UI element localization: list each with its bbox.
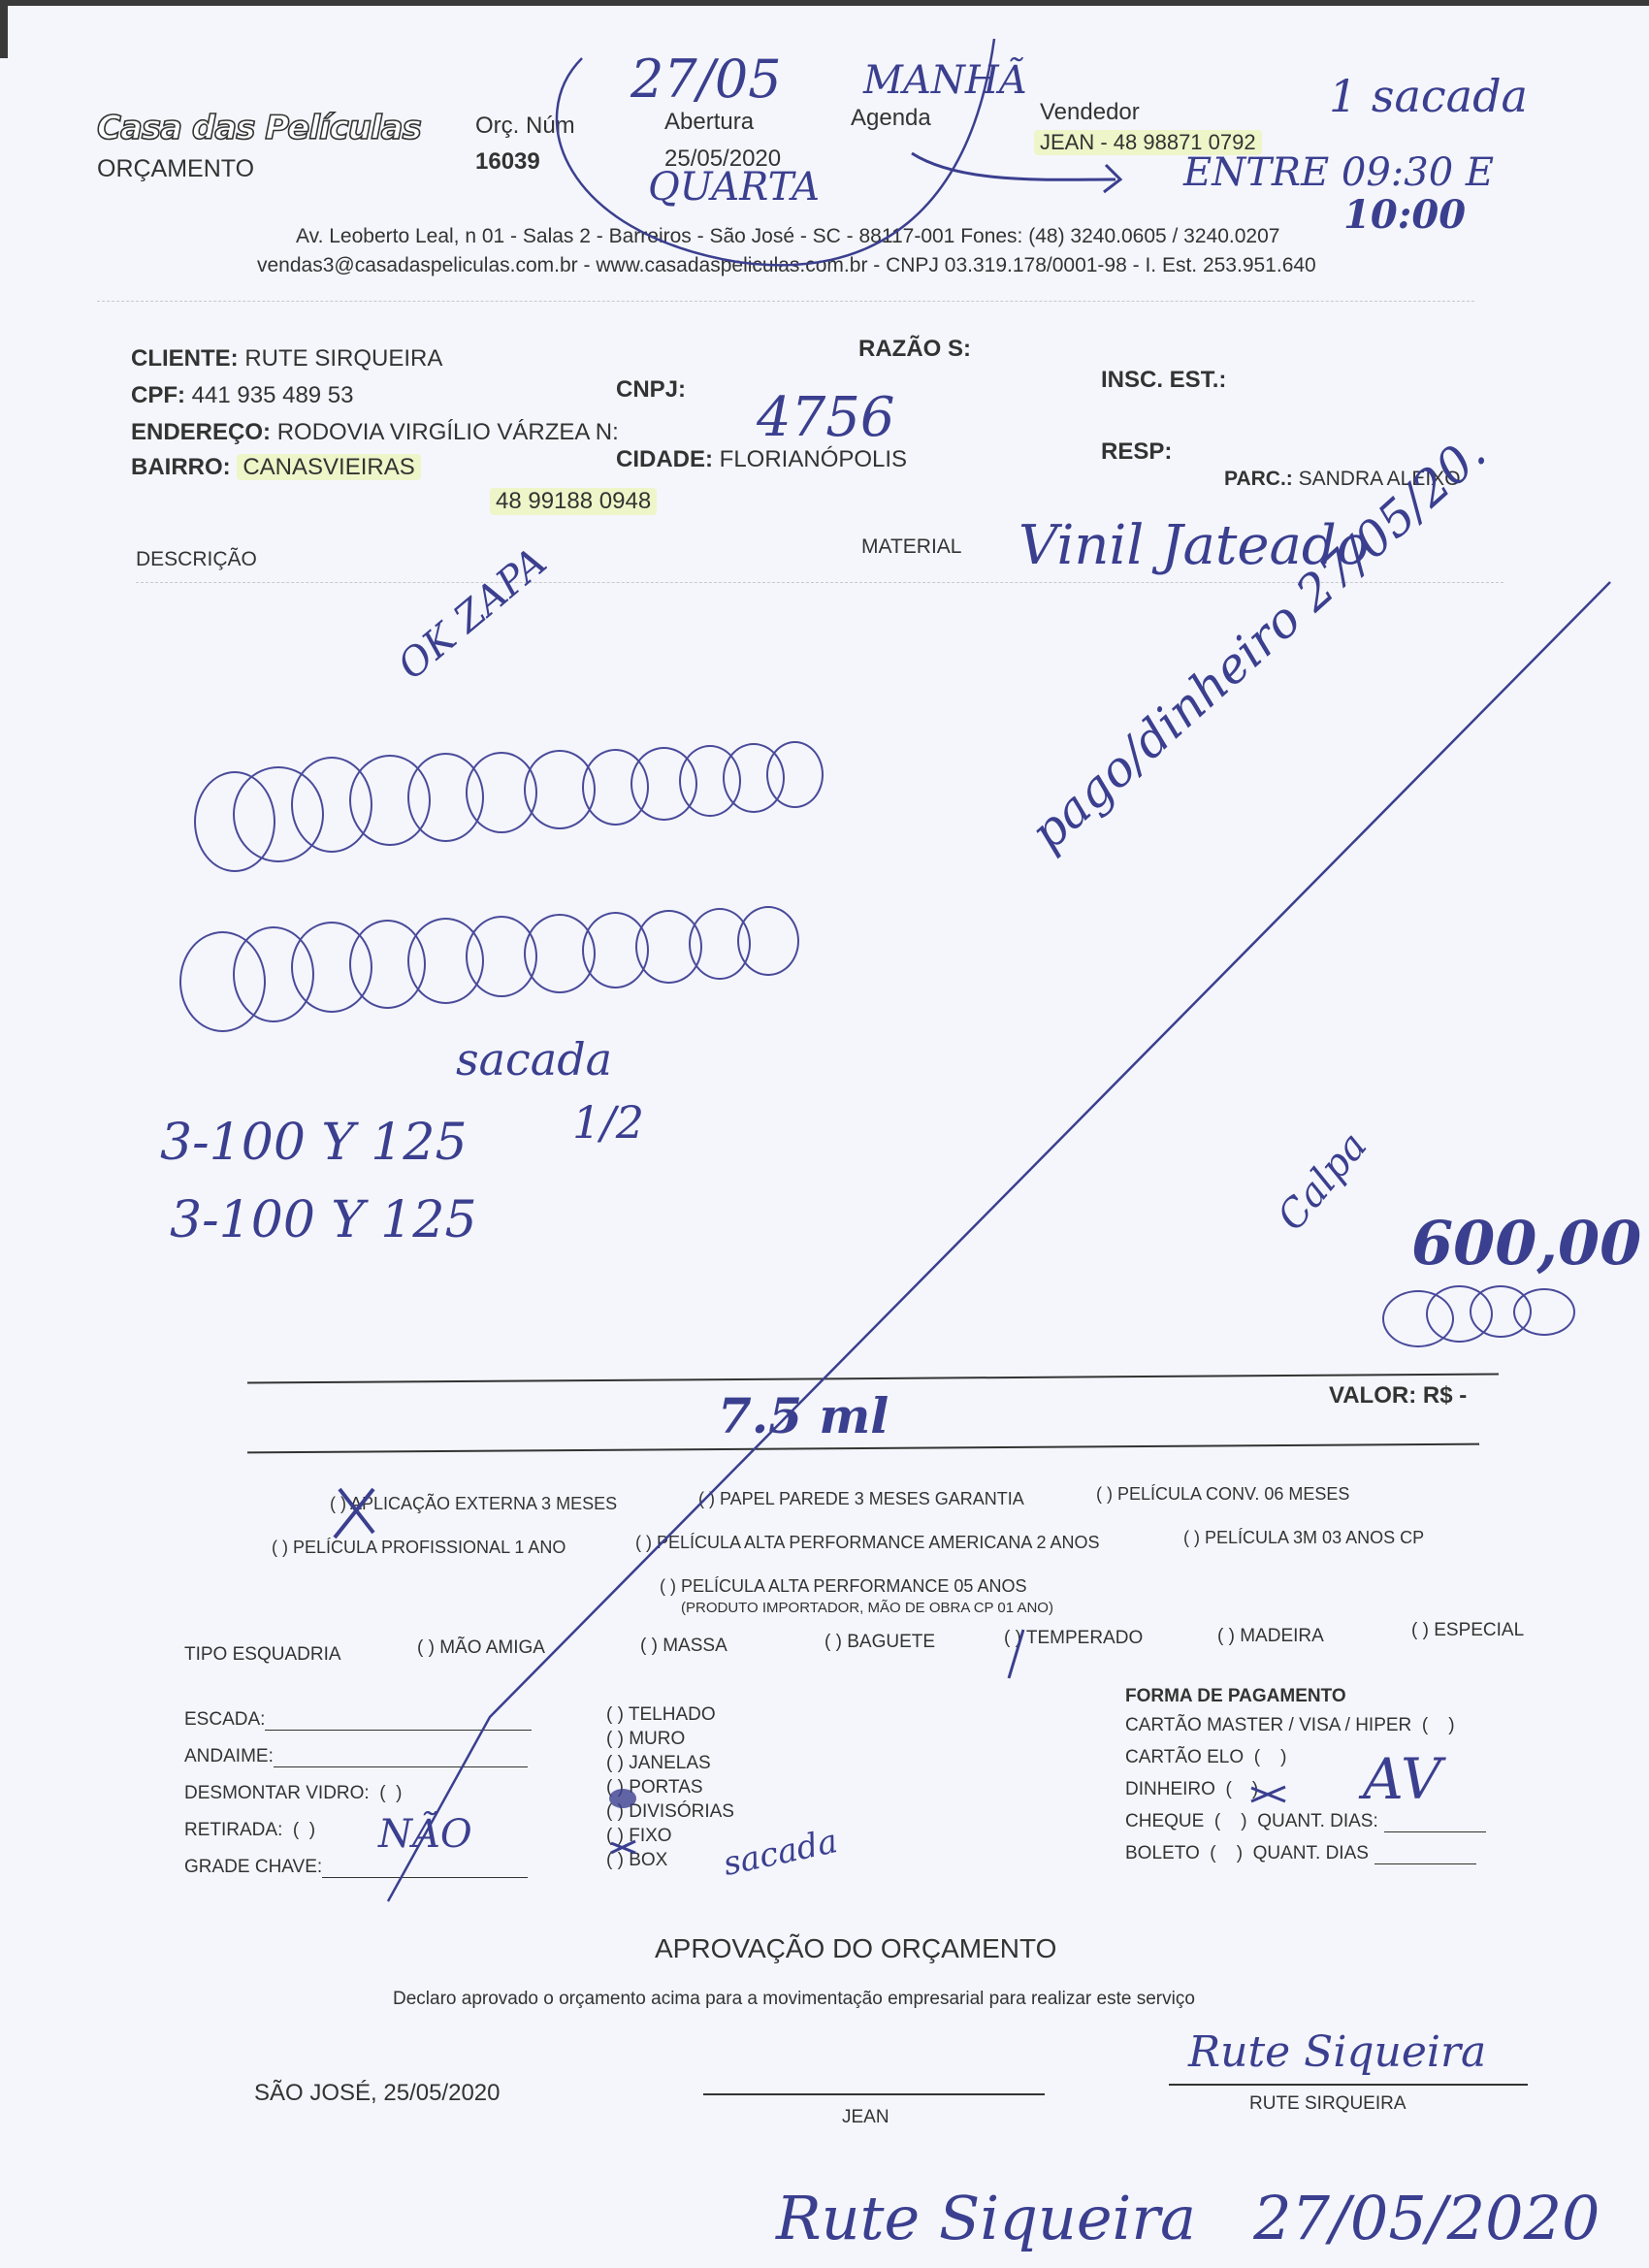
checkbox[interactable]: ( ) [1096, 1484, 1117, 1504]
option-label: DIVISÓRIAS [629, 1801, 734, 1822]
option-label: CHEQUE [1125, 1811, 1204, 1831]
option-label: PELÍCULA CONV. 06 MESES [1117, 1484, 1349, 1504]
location-option[interactable]: ( ) PORTAS [606, 1777, 703, 1798]
service-note: (PRODUTO IMPORTADOR, MÃO DE OBRA CP 01 A… [681, 1600, 1053, 1616]
quant-dias-label: QUANT. DIAS [1253, 1843, 1369, 1863]
location-option[interactable]: ( ) TELHADO [606, 1704, 716, 1726]
option-label: CARTÃO ELO [1125, 1747, 1244, 1767]
service-option[interactable]: ( ) PELÍCULA ALTA PERFORMANCE AMERICANA … [635, 1533, 1099, 1553]
hw-measure: 7.5 ml [718, 1387, 889, 1444]
option-label: TELHADO [629, 1704, 716, 1725]
option-label: FIXO [629, 1826, 671, 1846]
checkbox[interactable]: ( ) [606, 1777, 629, 1798]
option-label: ESPECIAL [1434, 1620, 1524, 1640]
resp-label: RESP: [1101, 438, 1172, 466]
checkbox[interactable]: ( ) [330, 1494, 350, 1513]
seller-signature-line[interactable] [703, 2093, 1045, 2095]
value-line-top [247, 1373, 1499, 1383]
hw-fraction: 1/2 [572, 1096, 644, 1149]
endereco-field: ENDEREÇO: RODOVIA VIRGÍLIO VÁRZEA N: [131, 419, 619, 446]
option-label: PELÍCULA PROFISSIONAL 1 ANO [293, 1538, 566, 1557]
vendedor-label: Vendedor [1040, 99, 1140, 126]
hw-dimension-2: 3-100 Y 125 [170, 1191, 477, 1249]
payment-option[interactable]: CHEQUE ( ) QUANT. DIAS: [1125, 1811, 1486, 1832]
quant-dias-label: QUANT. DIAS: [1257, 1811, 1378, 1831]
cnpj-label: CNPJ: [616, 376, 686, 404]
location-option[interactable]: ( ) FIXO [606, 1826, 672, 1847]
checkbox[interactable]: ( ) [1200, 1843, 1253, 1863]
payment-option[interactable]: BOLETO ( ) QUANT. DIAS [1125, 1843, 1476, 1864]
esquadria-option[interactable]: ( ) TEMPERADO [1004, 1628, 1143, 1649]
valor-label: VALOR: R$ - [1329, 1382, 1467, 1409]
service-option[interactable]: ( ) APLICAÇÃO EXTERNA 3 MESES [330, 1494, 617, 1514]
approval-title: APROVAÇÃO DO ORÇAMENTO [655, 1933, 1056, 1964]
retirada-field[interactable]: RETIRADA: ( ) [184, 1820, 315, 1841]
place-date: SÃO JOSÉ, 25/05/2020 [254, 2080, 501, 2107]
checkbox[interactable]: ( ) [417, 1637, 439, 1658]
checkbox[interactable]: ( ) [698, 1489, 720, 1508]
material-label: MATERIAL [861, 535, 961, 559]
insc-label: INSC. EST.: [1101, 367, 1226, 394]
hw-weekday: QUARTA [648, 165, 820, 210]
checkbox[interactable]: ( ) [1215, 1779, 1269, 1799]
payment-option[interactable]: DINHEIRO ( ) [1125, 1779, 1269, 1800]
client-signature-line[interactable] [1169, 2084, 1528, 2086]
hw-price: 600,00 [1411, 1208, 1641, 1279]
company-address: Av. Leoberto Leal, n 01 - Salas 2 - Barr… [296, 225, 1279, 248]
hw-address-number: 4756 [757, 386, 895, 449]
escada-field[interactable]: ESCADA: [184, 1709, 532, 1731]
checkbox[interactable]: ( ) [1204, 1811, 1257, 1831]
option-label: JANELAS [629, 1753, 710, 1773]
payment-option[interactable]: CARTÃO ELO ( ) [1125, 1747, 1297, 1768]
arrow-annotation [912, 153, 1115, 179]
checkbox[interactable]: ( ) [824, 1632, 847, 1652]
razao-label: RAZÃO S: [858, 336, 971, 363]
checkbox[interactable]: ( ) [606, 1753, 629, 1773]
checkbox[interactable]: ( ) [1217, 1626, 1240, 1646]
hw-retirada-nao: NÃO [378, 1812, 472, 1857]
option-label: BOLETO [1125, 1843, 1200, 1863]
hw-period: MANHÃ [863, 58, 1027, 103]
location-option[interactable]: ( ) DIVISÓRIAS [606, 1801, 734, 1823]
option-label: PORTAS [629, 1777, 702, 1798]
option-label: MURO [629, 1729, 685, 1749]
checkbox[interactable]: ( ) [640, 1636, 663, 1656]
andaime-field[interactable]: ANDAIME: [184, 1746, 528, 1767]
service-option[interactable]: ( ) PAPEL PAREDE 3 MESES GARANTIA [698, 1489, 1024, 1509]
hw-sacada: sacada [456, 1033, 612, 1085]
checkbox[interactable]: ( ) [1411, 1620, 1434, 1640]
hw-date: 27/05 [630, 49, 782, 110]
agenda-label: Agenda [851, 105, 931, 132]
hw-note-time: 10:00 [1343, 192, 1466, 238]
checkbox[interactable]: ( ) [272, 1538, 293, 1557]
hw-payment-av: AV [1363, 1746, 1441, 1812]
option-label: PELÍCULA ALTA PERFORMANCE AMERICANA 2 AN… [657, 1533, 1099, 1552]
checkbox[interactable]: ( ) [1183, 1528, 1205, 1547]
value-line-bottom [247, 1443, 1479, 1454]
desmontar-vidro-field[interactable]: DESMONTAR VIDRO: ( ) [184, 1783, 403, 1804]
divider [97, 301, 1474, 302]
seller-name: JEAN [842, 2107, 889, 2128]
checkbox[interactable]: ( ) [606, 1729, 629, 1749]
client-name: RUTE SIRQUEIRA [1249, 2093, 1406, 2115]
quant-dias-field[interactable] [1384, 1814, 1486, 1832]
orc-num-label: Orç. Núm [475, 113, 575, 140]
checkbox[interactable]: ( ) [1411, 1715, 1465, 1735]
location-option[interactable]: ( ) BOX [606, 1850, 667, 1871]
company-contact: vendas3@casadaspeliculas.com.br - www.ca… [257, 254, 1316, 277]
bairro-field: BAIRRO: CANASVIEIRAS [131, 454, 421, 481]
checkbox[interactable]: ( ) [1004, 1628, 1026, 1648]
cpf-field: CPF: 441 935 489 53 [131, 382, 354, 409]
option-label: BAGUETE [847, 1632, 935, 1652]
quant-dias-field[interactable] [1374, 1846, 1476, 1864]
checkbox[interactable]: ( ) [1244, 1747, 1297, 1767]
checkbox[interactable]: ( ) [606, 1850, 629, 1870]
approval-declaration: Declaro aprovado o orçamento acima para … [393, 1989, 1195, 2010]
esquadria-option[interactable]: ( ) MADEIRA [1217, 1626, 1324, 1647]
service-option[interactable]: ( ) PELÍCULA CONV. 06 MESES [1096, 1484, 1349, 1505]
esquadria-option[interactable]: ( ) BAGUETE [824, 1632, 935, 1653]
option-label: MADEIRA [1240, 1626, 1324, 1646]
option-label: PELÍCULA ALTA PERFORMANCE 05 ANOS [681, 1576, 1026, 1596]
abertura-label: Abertura [664, 109, 754, 136]
option-label: MASSA [663, 1636, 727, 1656]
option-label: MÃO AMIGA [439, 1637, 545, 1658]
hw-calpa: Calpa [1269, 1124, 1375, 1240]
option-label: APLICAÇÃO EXTERNA 3 MESES [350, 1494, 617, 1513]
checkbox[interactable]: ( ) [606, 1826, 629, 1846]
grade-chave-field[interactable]: GRADE CHAVE: [184, 1857, 528, 1878]
esquadria-option[interactable]: ( ) ESPECIAL [1411, 1620, 1524, 1641]
service-option[interactable]: ( ) PELÍCULA PROFISSIONAL 1 ANO [272, 1538, 566, 1558]
location-option[interactable]: ( ) JANELAS [606, 1753, 711, 1774]
option-label: BOX [629, 1850, 667, 1870]
descricao-label: DESCRIÇÃO [136, 548, 257, 571]
esquadria-option[interactable]: ( ) MÃO AMIGA [417, 1637, 545, 1659]
service-option[interactable]: ( ) PELÍCULA ALTA PERFORMANCE 05 ANOS [660, 1576, 1026, 1597]
hw-note-entre: ENTRE 09:30 E [1183, 150, 1494, 195]
option-label: DINHEIRO [1125, 1779, 1215, 1799]
checkbox[interactable]: ( ) [606, 1801, 629, 1822]
service-option[interactable]: ( ) PELÍCULA 3M 03 ANOS CP [1183, 1528, 1424, 1548]
hw-dimension-1: 3-100 Y 125 [160, 1114, 468, 1172]
payment-title: FORMA DE PAGAMENTO [1125, 1686, 1346, 1707]
cliente-field: CLIENTE: RUTE SIRQUEIRA [131, 345, 442, 373]
checkbox[interactable]: ( ) [660, 1576, 681, 1596]
esquadria-option[interactable]: ( ) MASSA [640, 1636, 727, 1657]
hw-note-sacada: 1 sacada [1329, 70, 1528, 122]
hw-final-signature: Rute Siqueira 27/05/2020 [776, 2183, 1600, 2253]
doc-type: ORÇAMENTO [97, 155, 254, 183]
hw-fixo-sacada: sacada [720, 1822, 841, 1884]
payment-option[interactable]: CARTÃO MASTER / VISA / HIPER ( ) [1125, 1715, 1465, 1736]
location-option[interactable]: ( ) MURO [606, 1729, 685, 1750]
option-label: PELÍCULA 3M 03 ANOS CP [1205, 1528, 1424, 1547]
orc-num: 16039 [475, 148, 540, 176]
option-label: CARTÃO MASTER / VISA / HIPER [1125, 1715, 1411, 1735]
checkbox[interactable]: ( ) [606, 1704, 629, 1725]
client-phone: 48 99188 0948 [490, 488, 657, 515]
cidade-field: CIDADE: FLORIANÓPOLIS [616, 446, 907, 473]
scan-border-left [0, 0, 8, 58]
checkbox[interactable]: ( ) [635, 1533, 657, 1552]
hw-ok-zap: OK ZAPA [390, 539, 556, 689]
client-signature: Rute Siqueira [1188, 2027, 1486, 2077]
option-label: TEMPERADO [1026, 1628, 1143, 1648]
scan-border [0, 0, 1649, 6]
company-logo: Casa das Películas [97, 109, 421, 147]
option-label: PAPEL PAREDE 3 MESES GARANTIA [720, 1489, 1024, 1508]
esquadria-label: TIPO ESQUADRIA [184, 1644, 341, 1666]
